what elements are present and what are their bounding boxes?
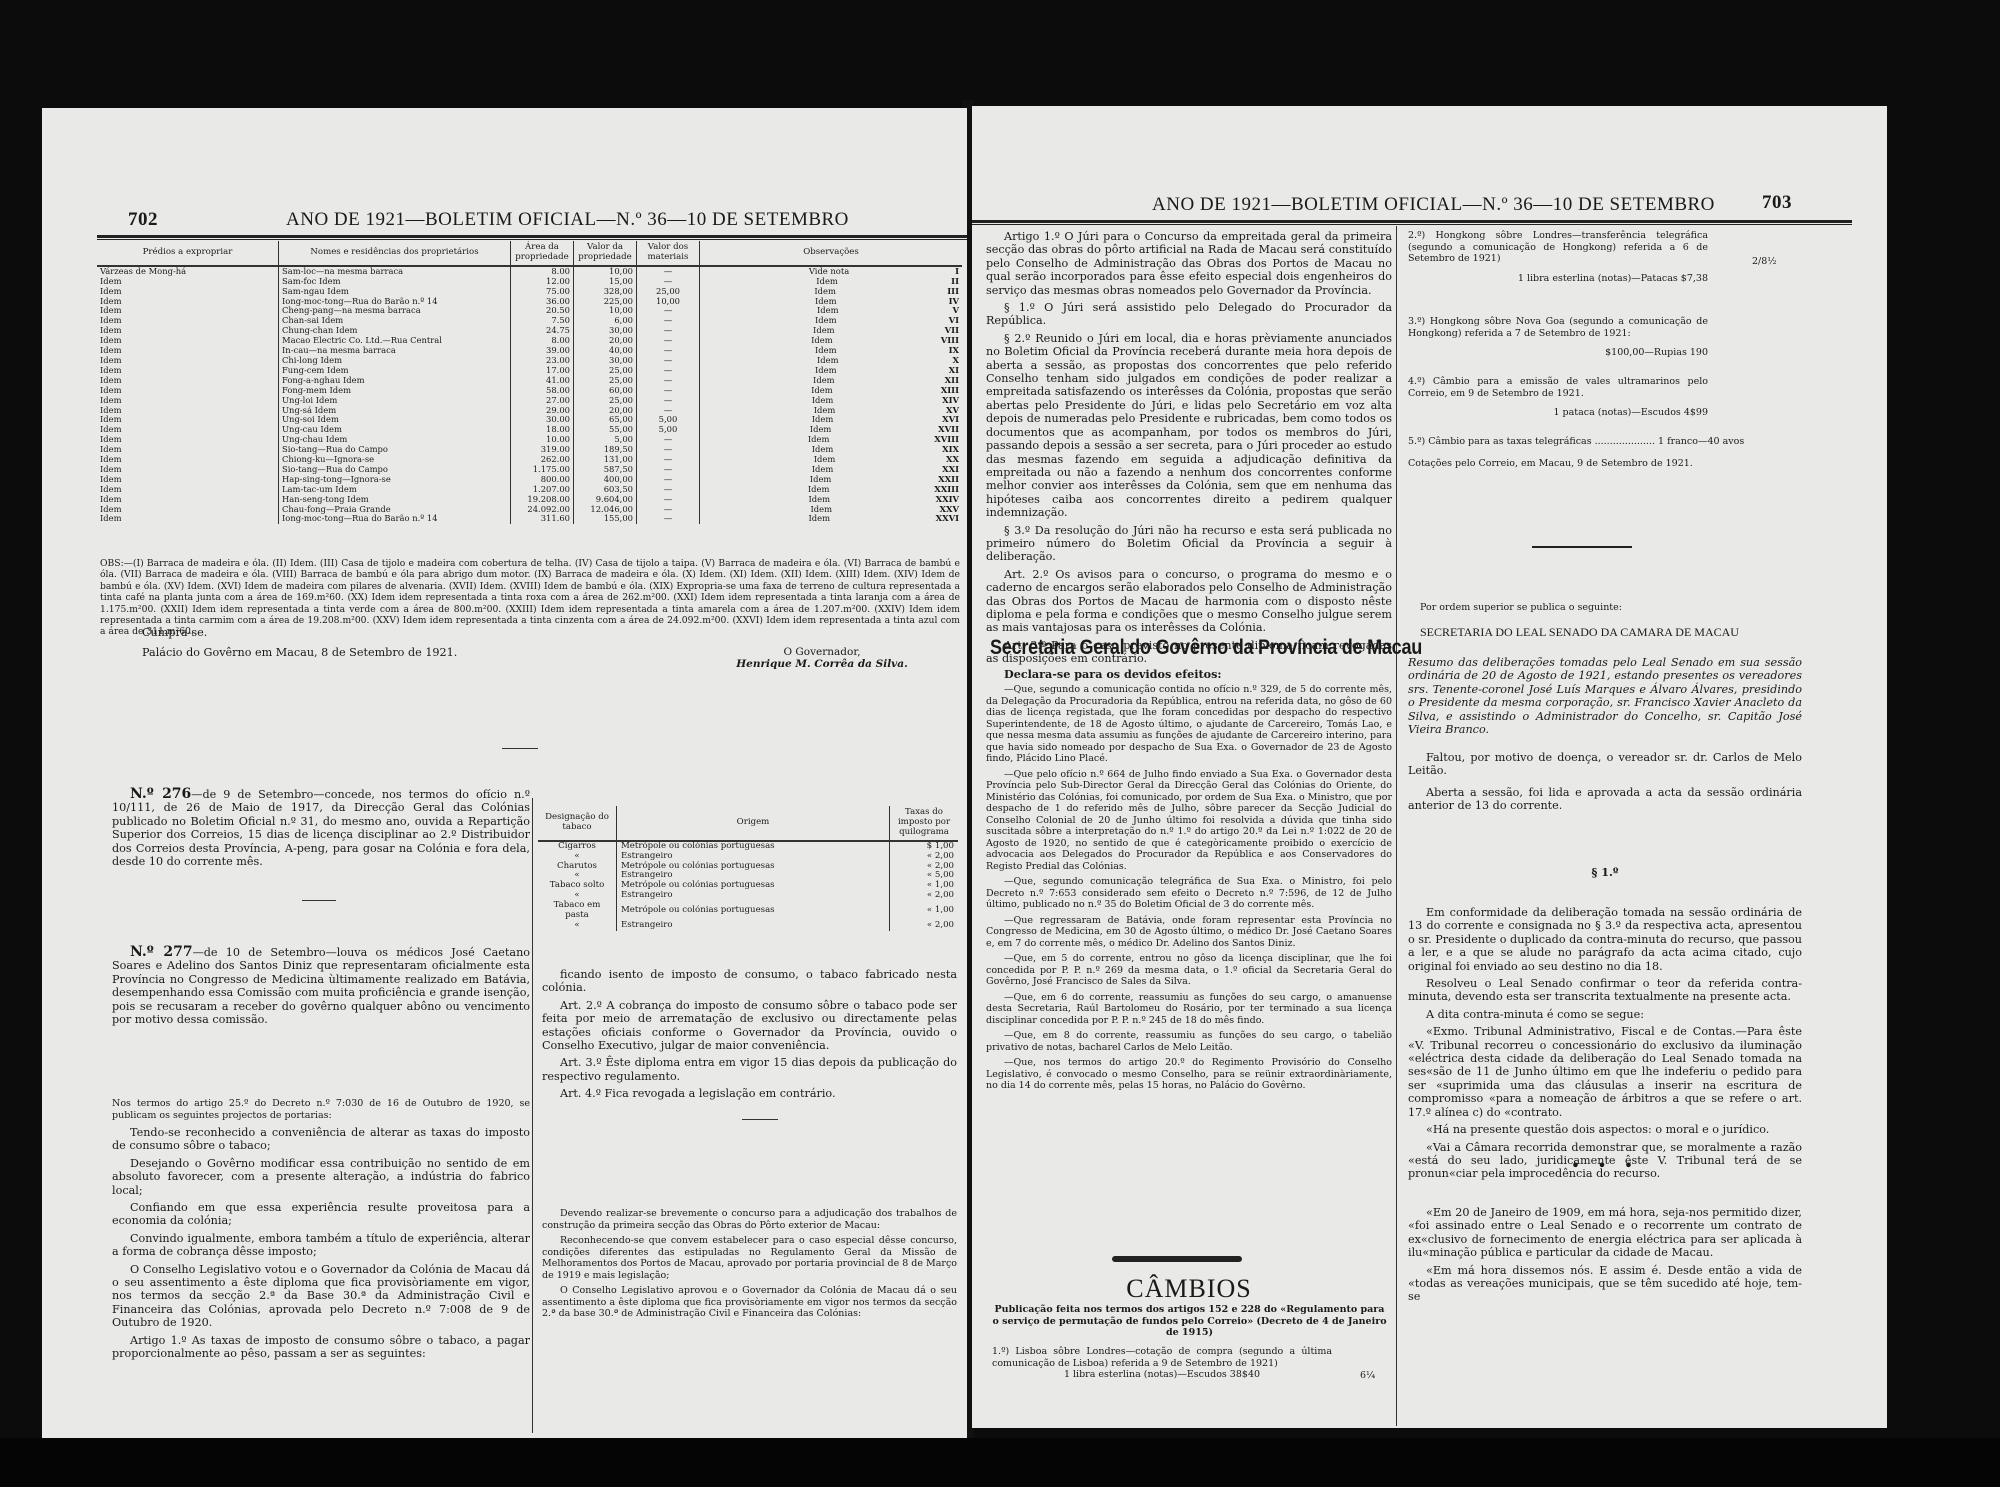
table-row: Tabaco soltoMetrópole ou colónias portug…	[538, 881, 958, 891]
projectos-intro: Nos termos do artigo 25.º do Decreto n.º…	[112, 1098, 530, 1121]
aberta: Aberta a sessão, foi lida e aprovada a a…	[1408, 786, 1802, 817]
paragraph: Convindo igualmente, embora também a tít…	[112, 1232, 530, 1259]
col-header-nomes: Nomes e residências dos proprietários	[279, 241, 511, 266]
running-head-right: ANO DE 1921—BOLETIM OFICIAL—N.º 36—10 DE…	[1152, 194, 1715, 216]
cambios-heading: CÂMBIOS	[986, 1274, 1392, 1304]
cell-designacao: Cigarros	[538, 841, 617, 852]
article: Artigo 1.º O Júri para o Concurso da emp…	[986, 230, 1392, 297]
cell-area: 311.60	[511, 514, 574, 524]
juri-articles: Artigo 1.º O Júri para o Concurso da emp…	[986, 230, 1392, 670]
declaration-item: —Que, segundo a comunicação contida no o…	[986, 684, 1392, 765]
header-rule	[972, 220, 1852, 225]
cambio-item-2: 2.º) Hongkong sôbre Londres—transferênci…	[1408, 230, 1708, 284]
decree-276-number: N.º 276	[130, 786, 191, 802]
cell-origem: Estrangeiro	[617, 891, 890, 901]
cell-origem: Metrópole ou colónias portuguesas	[617, 901, 890, 921]
declara-intro: Declara-se para os devidos efeitos:	[986, 668, 1392, 685]
paragraph: Em conformidade da deliberação tomada na…	[1408, 906, 1802, 973]
paragraph: A dita contra-minuta é como se segue:	[1408, 1008, 1802, 1021]
signature-title: O Governador,	[722, 646, 922, 658]
cambio-rate-1: 6¼	[1360, 1370, 1390, 1382]
column-divider-right	[1396, 226, 1397, 1426]
table-row: IdemIong-moc-tong—Rua do Barão n.º 14311…	[97, 514, 962, 524]
cell-valor: 155,00	[574, 514, 637, 524]
expropriation-table: Prédios a expropriar Nomes e residências…	[97, 241, 962, 524]
secretaria-heading: Secretaria Geral do Govêrno da Província…	[990, 636, 1422, 660]
declaration-item: —Que, segundo comunicação telegráfica de…	[986, 876, 1392, 911]
paragraph: Devendo realizar-se brevemente o concurs…	[542, 1208, 957, 1231]
page-number-right: 703	[1762, 192, 1792, 214]
cell-predio: Idem	[97, 386, 279, 396]
cambio-item-5: 5.º) Câmbio para as taxas telegráficas .…	[1408, 436, 1808, 448]
cell-observacoes: IdemXVII	[700, 425, 963, 435]
declaration-item: —Que, em 5 do corrente, entrou no gôso d…	[986, 953, 1392, 988]
tabaco-tax-table: Designação do tabaco Origem Taxas do imp…	[538, 806, 958, 931]
declara-list: —Que, segundo a comunicação contida no o…	[986, 684, 1392, 1096]
declaration-item: —Que pelo ofício n.º 664 de Julho findo …	[986, 769, 1392, 873]
cell-predio: Idem	[97, 376, 279, 386]
cell-predio: Idem	[97, 356, 279, 366]
senado-heading: SECRETARIA DO LEAL SENADO DA CAMARA DE M…	[1420, 626, 1800, 639]
cell-predio: Idem	[97, 396, 279, 406]
cell-predio: Idem	[97, 297, 279, 307]
article: ficando isento de imposto de consumo, o …	[542, 968, 957, 995]
col-header-predios: Prédios a expropriar	[97, 241, 279, 266]
section-divider	[302, 900, 336, 901]
paragraph: Desejando o Govêrno modificar essa contr…	[112, 1157, 530, 1197]
table-row: IdemUng-soi Idem30.0065,005,00IdemXVI	[97, 415, 962, 425]
paragraph: «Há na presente questão dois aspectos: o…	[1408, 1123, 1802, 1136]
cambio-item-1: 1.º) Lisboa sôbre Londres—cotação de com…	[992, 1346, 1332, 1381]
cell-predio: Idem	[97, 346, 279, 356]
cell-predio: Idem	[97, 435, 279, 445]
cell-predio: Idem	[97, 465, 279, 475]
col-header-taxa: Taxas do imposto por quilograma	[890, 806, 959, 841]
right-page: ANO DE 1921—BOLETIM OFICIAL—N.º 36—10 DE…	[972, 106, 1887, 1428]
cell-predio: Idem	[97, 505, 279, 515]
tabaco-articles: ficando isento de imposto de consumo, o …	[542, 968, 957, 1105]
paragraph: Confiando em que essa experiência result…	[112, 1201, 530, 1228]
cell-area: 27.00	[511, 396, 574, 406]
cell-predio: Várzeas de Mong-há	[97, 266, 279, 277]
col-header-designacao: Designação do tabaco	[538, 806, 617, 841]
col-header-materiais: Valor dos materiais	[637, 241, 700, 266]
table-row: CigarrosMetrópole ou colónias portuguesa…	[538, 841, 958, 852]
cambio-item-3: 3.º) Hongkong sôbre Nova Goa (segundo a …	[1408, 316, 1708, 359]
cell-predio: Idem	[97, 495, 279, 505]
paragraph: «Em má hora dissemos nós. E assim é. Des…	[1408, 1264, 1802, 1304]
cell-predio: Idem	[97, 455, 279, 465]
cell-predio: Idem	[97, 445, 279, 455]
cambios-subheading: Publicação feita nos termos dos artigos …	[992, 1304, 1387, 1339]
cell-designacao: «	[538, 921, 617, 931]
cell-observacoes: IdemXXIII	[700, 485, 963, 495]
paragraph: O Conselho Legislativo aprovou e o Gover…	[542, 1285, 957, 1320]
tabaco-table-body: CigarrosMetrópole ou colónias portuguesa…	[538, 841, 958, 931]
cell-taxa: $ 1,00	[890, 841, 959, 852]
article: § 3.º Da resolução do Júri não ha recurs…	[986, 524, 1392, 564]
cell-materiais: —	[637, 514, 700, 524]
porto-preamble: Devendo realizar-se brevemente o concurs…	[542, 1208, 957, 1324]
palace-date: Palácio do Govêrno em Macau, 8 de Setemb…	[142, 646, 542, 659]
resumo: Resumo das deliberações tomadas pelo Lea…	[1408, 656, 1802, 736]
table-row: «Estrangeiro« 2,00	[538, 891, 958, 901]
article: Art. 4.º Fica revogada a legislação em c…	[542, 1087, 957, 1100]
column-divider-left	[532, 798, 533, 1433]
section-divider	[502, 748, 538, 749]
article: Art. 2.º A cobrança do imposto de consum…	[542, 999, 957, 1053]
decree-277: N.º 277—de 10 de Setembro—louva os médic…	[112, 946, 530, 1030]
cell-predio: Idem	[97, 326, 279, 336]
table-row: IdemSio-tang—Rua do Campo1.175.00587,50—…	[97, 465, 962, 475]
col-header-origem: Origem	[617, 806, 890, 841]
declaration-item: —Que regressaram de Batávia, onde foram …	[986, 915, 1392, 950]
col-header-valor: Valor da propriedade	[574, 241, 637, 266]
cell-predio: Idem	[97, 514, 279, 524]
cell-predio: Idem	[97, 485, 279, 495]
article: § 2.º Reunido o Júri em local, dia e hor…	[986, 332, 1392, 520]
header-rule	[97, 235, 967, 240]
declaration-item: —Que, em 6 do corrente, reassumiu as fun…	[986, 992, 1392, 1027]
table-row: IdemChau-fong—Praia Grande24.092.0012.04…	[97, 505, 962, 515]
section-mark: § 1.º	[1408, 866, 1802, 879]
section-divider	[742, 1119, 778, 1120]
cell-nome: Iong-moc-tong—Rua do Barão n.º 14	[279, 514, 511, 524]
section-divider	[1532, 546, 1632, 548]
cell-nome: Ung-loi Idem	[279, 396, 511, 406]
cell-predio: Idem	[97, 366, 279, 376]
paragraph: Resolveu o Leal Senado confirmar o teor …	[1408, 977, 1802, 1004]
ornament-dots: • • •	[1408, 1156, 1802, 1175]
governor-signature: O Governador, Henrique M. Corrêa da Silv…	[722, 646, 922, 670]
cell-taxa: « 2,00	[890, 891, 959, 901]
roman-ref: XXVI	[936, 514, 959, 524]
cell-materiais: —	[637, 396, 700, 406]
article: Art. 3.º Êste diploma entra em vigor 15 …	[542, 1056, 957, 1083]
table-row: IdemUng-cau Idem18.0055,005,00IdemXVII	[97, 425, 962, 435]
senado-deliberations: Em conformidade da deliberação tomada na…	[1408, 906, 1802, 1185]
cell-observacoes: IdemXXV	[700, 505, 963, 515]
table-row: «Estrangeiro« 2,00	[538, 921, 958, 931]
cell-origem: Estrangeiro	[617, 921, 890, 931]
cell-observacoes: IdemXXVI	[700, 514, 963, 524]
expropriation-table-body: Várzeas de Mong-háSam-loc—na mesma barra…	[97, 266, 962, 525]
cell-predio: Idem	[97, 406, 279, 416]
cambio-item-4: 4.º) Câmbio para a emissão de vales ultr…	[1408, 376, 1708, 419]
cell-taxa: « 1,00	[890, 901, 959, 921]
cell-predio: Idem	[97, 316, 279, 326]
article: § 1.º O Júri será assistido pelo Delegad…	[986, 301, 1392, 328]
decree-277-number: N.º 277	[130, 944, 193, 960]
paragraph: Artigo 1.º As taxas de imposto de consum…	[112, 1334, 530, 1361]
cell-predio: Idem	[97, 336, 279, 346]
cambio-rate-2: 2/8½	[1752, 256, 1792, 268]
roman-ref: XIV	[942, 396, 959, 406]
cell-origem: Metrópole ou colónias portuguesas	[617, 841, 890, 852]
page-number-left: 702	[128, 209, 158, 231]
running-head-left: ANO DE 1921—BOLETIM OFICIAL—N.º 36—10 DE…	[286, 209, 849, 231]
ornamental-rule	[1112, 1256, 1242, 1262]
article: Art. 2.º Os avisos para o concurso, o pr…	[986, 568, 1392, 635]
ordem-superior: Por ordem superior se publica o seguinte…	[1420, 602, 1800, 614]
faltou: Faltou, por motivo de doença, o vereador…	[1408, 751, 1802, 782]
cell-predio: Idem	[97, 306, 279, 316]
paragraph: O Conselho Legislativo votou e o Governa…	[112, 1263, 530, 1330]
cell-predio: Idem	[97, 277, 279, 287]
table-row: Tabaco em pastaMetrópole ou colónias por…	[538, 901, 958, 921]
col-header-area: Área da propriedade	[511, 241, 574, 266]
paragraph: «Exmo. Tribunal Administrativo, Fiscal e…	[1408, 1025, 1802, 1119]
signature-name: Henrique M. Corrêa da Silva.	[736, 658, 908, 670]
declaration-item: —Que, nos termos do artigo 20.º do Regim…	[986, 1057, 1392, 1092]
cell-predio: Idem	[97, 475, 279, 485]
paragraph: «Em 20 de Janeiro de 1909, em má hora, s…	[1408, 1206, 1802, 1260]
declaration-item: —Que, em 8 do corrente, reassumiu as fun…	[986, 1030, 1392, 1053]
paragraph: Reconhecendo-se que convem estabelecer p…	[542, 1235, 957, 1281]
paragraph: Tendo-se reconhecido a conveniência de a…	[112, 1126, 530, 1153]
cell-observacoes: IdemXXII	[700, 475, 963, 485]
table-row: CharutosMetrópole ou colónias portuguesa…	[538, 862, 958, 872]
scan-border-bottom	[0, 1438, 2000, 1487]
left-page: 702 ANO DE 1921—BOLETIM OFICIAL—N.º 36—1…	[42, 108, 967, 1438]
decree-276: N.º 276—de 9 de Setembro—concede, nos te…	[112, 788, 530, 872]
col-header-observacoes: Observações	[700, 241, 963, 266]
cotacoes-line: Cotações pelo Correio, em Macau, 9 de Se…	[1408, 458, 1808, 470]
cell-predio: Idem	[97, 425, 279, 435]
cell-taxa: « 2,00	[890, 921, 959, 931]
senado-deliberations-continued: «Em 20 de Janeiro de 1909, em má hora, s…	[1408, 1206, 1802, 1308]
cumpra-se: Cumpra-se.	[142, 626, 542, 639]
cell-designacao: Tabaco em pasta	[538, 901, 617, 921]
cell-valor: 25,00	[574, 396, 637, 406]
cell-predio: Idem	[97, 415, 279, 425]
tabaco-preamble: Tendo-se reconhecido a conveniência de a…	[112, 1126, 530, 1365]
table-row: IdemHap-sing-tong—Ignora-se800.00400,00—…	[97, 475, 962, 485]
cell-predio: Idem	[97, 287, 279, 297]
